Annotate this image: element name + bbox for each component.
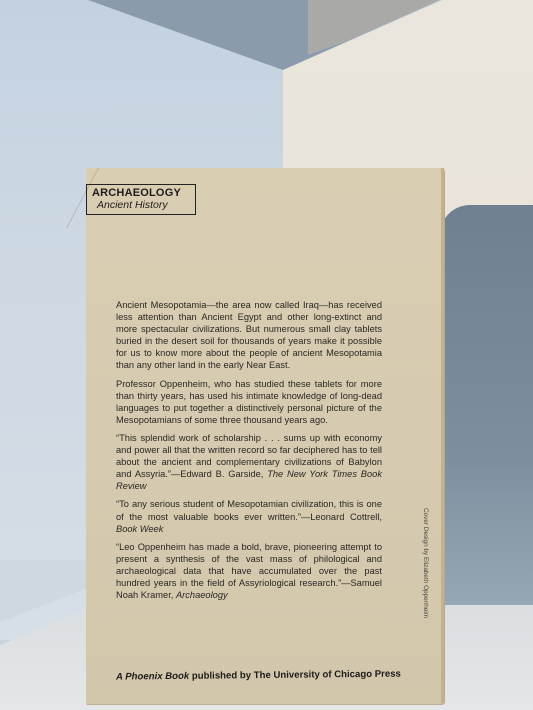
review-2-source: Book Week bbox=[116, 524, 163, 534]
book-back-cover: ARCHAEOLOGY Ancient History Ancient Meso… bbox=[86, 168, 444, 704]
review-3-quote: “Leo Oppenheim has made a bold, brave, p… bbox=[116, 542, 382, 600]
book-shadow bbox=[440, 205, 533, 625]
book-edge bbox=[441, 168, 444, 704]
category-title: ARCHAEOLOGY bbox=[92, 187, 190, 199]
description-paragraph-2: Professor Oppenheim, who has studied the… bbox=[116, 378, 382, 426]
photo-scene: ARCHAEOLOGY Ancient History Ancient Meso… bbox=[0, 0, 533, 710]
cover-design-credit: Cover Design by Elizabeth Oppenheim bbox=[422, 508, 429, 618]
review-3: “Leo Oppenheim has made a bold, brave, p… bbox=[116, 541, 382, 601]
review-2: “To any serious student of Mesopotamian … bbox=[116, 498, 382, 534]
category-label-box: ARCHAEOLOGY Ancient History bbox=[86, 184, 196, 215]
publisher-line: A Phoenix Book published by The Universi… bbox=[116, 668, 416, 682]
publisher-name: published by The University of Chicago P… bbox=[189, 669, 401, 682]
publisher-imprint: A Phoenix Book bbox=[116, 671, 189, 683]
review-1: “This splendid work of scholarship . . .… bbox=[116, 432, 382, 492]
review-2-quote: “To any serious student of Mesopotamian … bbox=[116, 499, 382, 521]
description-paragraph-1: Ancient Mesopotamia—the area now called … bbox=[116, 299, 382, 372]
blurb-text: Ancient Mesopotamia—the area now called … bbox=[116, 299, 382, 607]
category-subtitle: Ancient History bbox=[92, 199, 190, 211]
review-3-source: Archaeology bbox=[176, 590, 228, 600]
